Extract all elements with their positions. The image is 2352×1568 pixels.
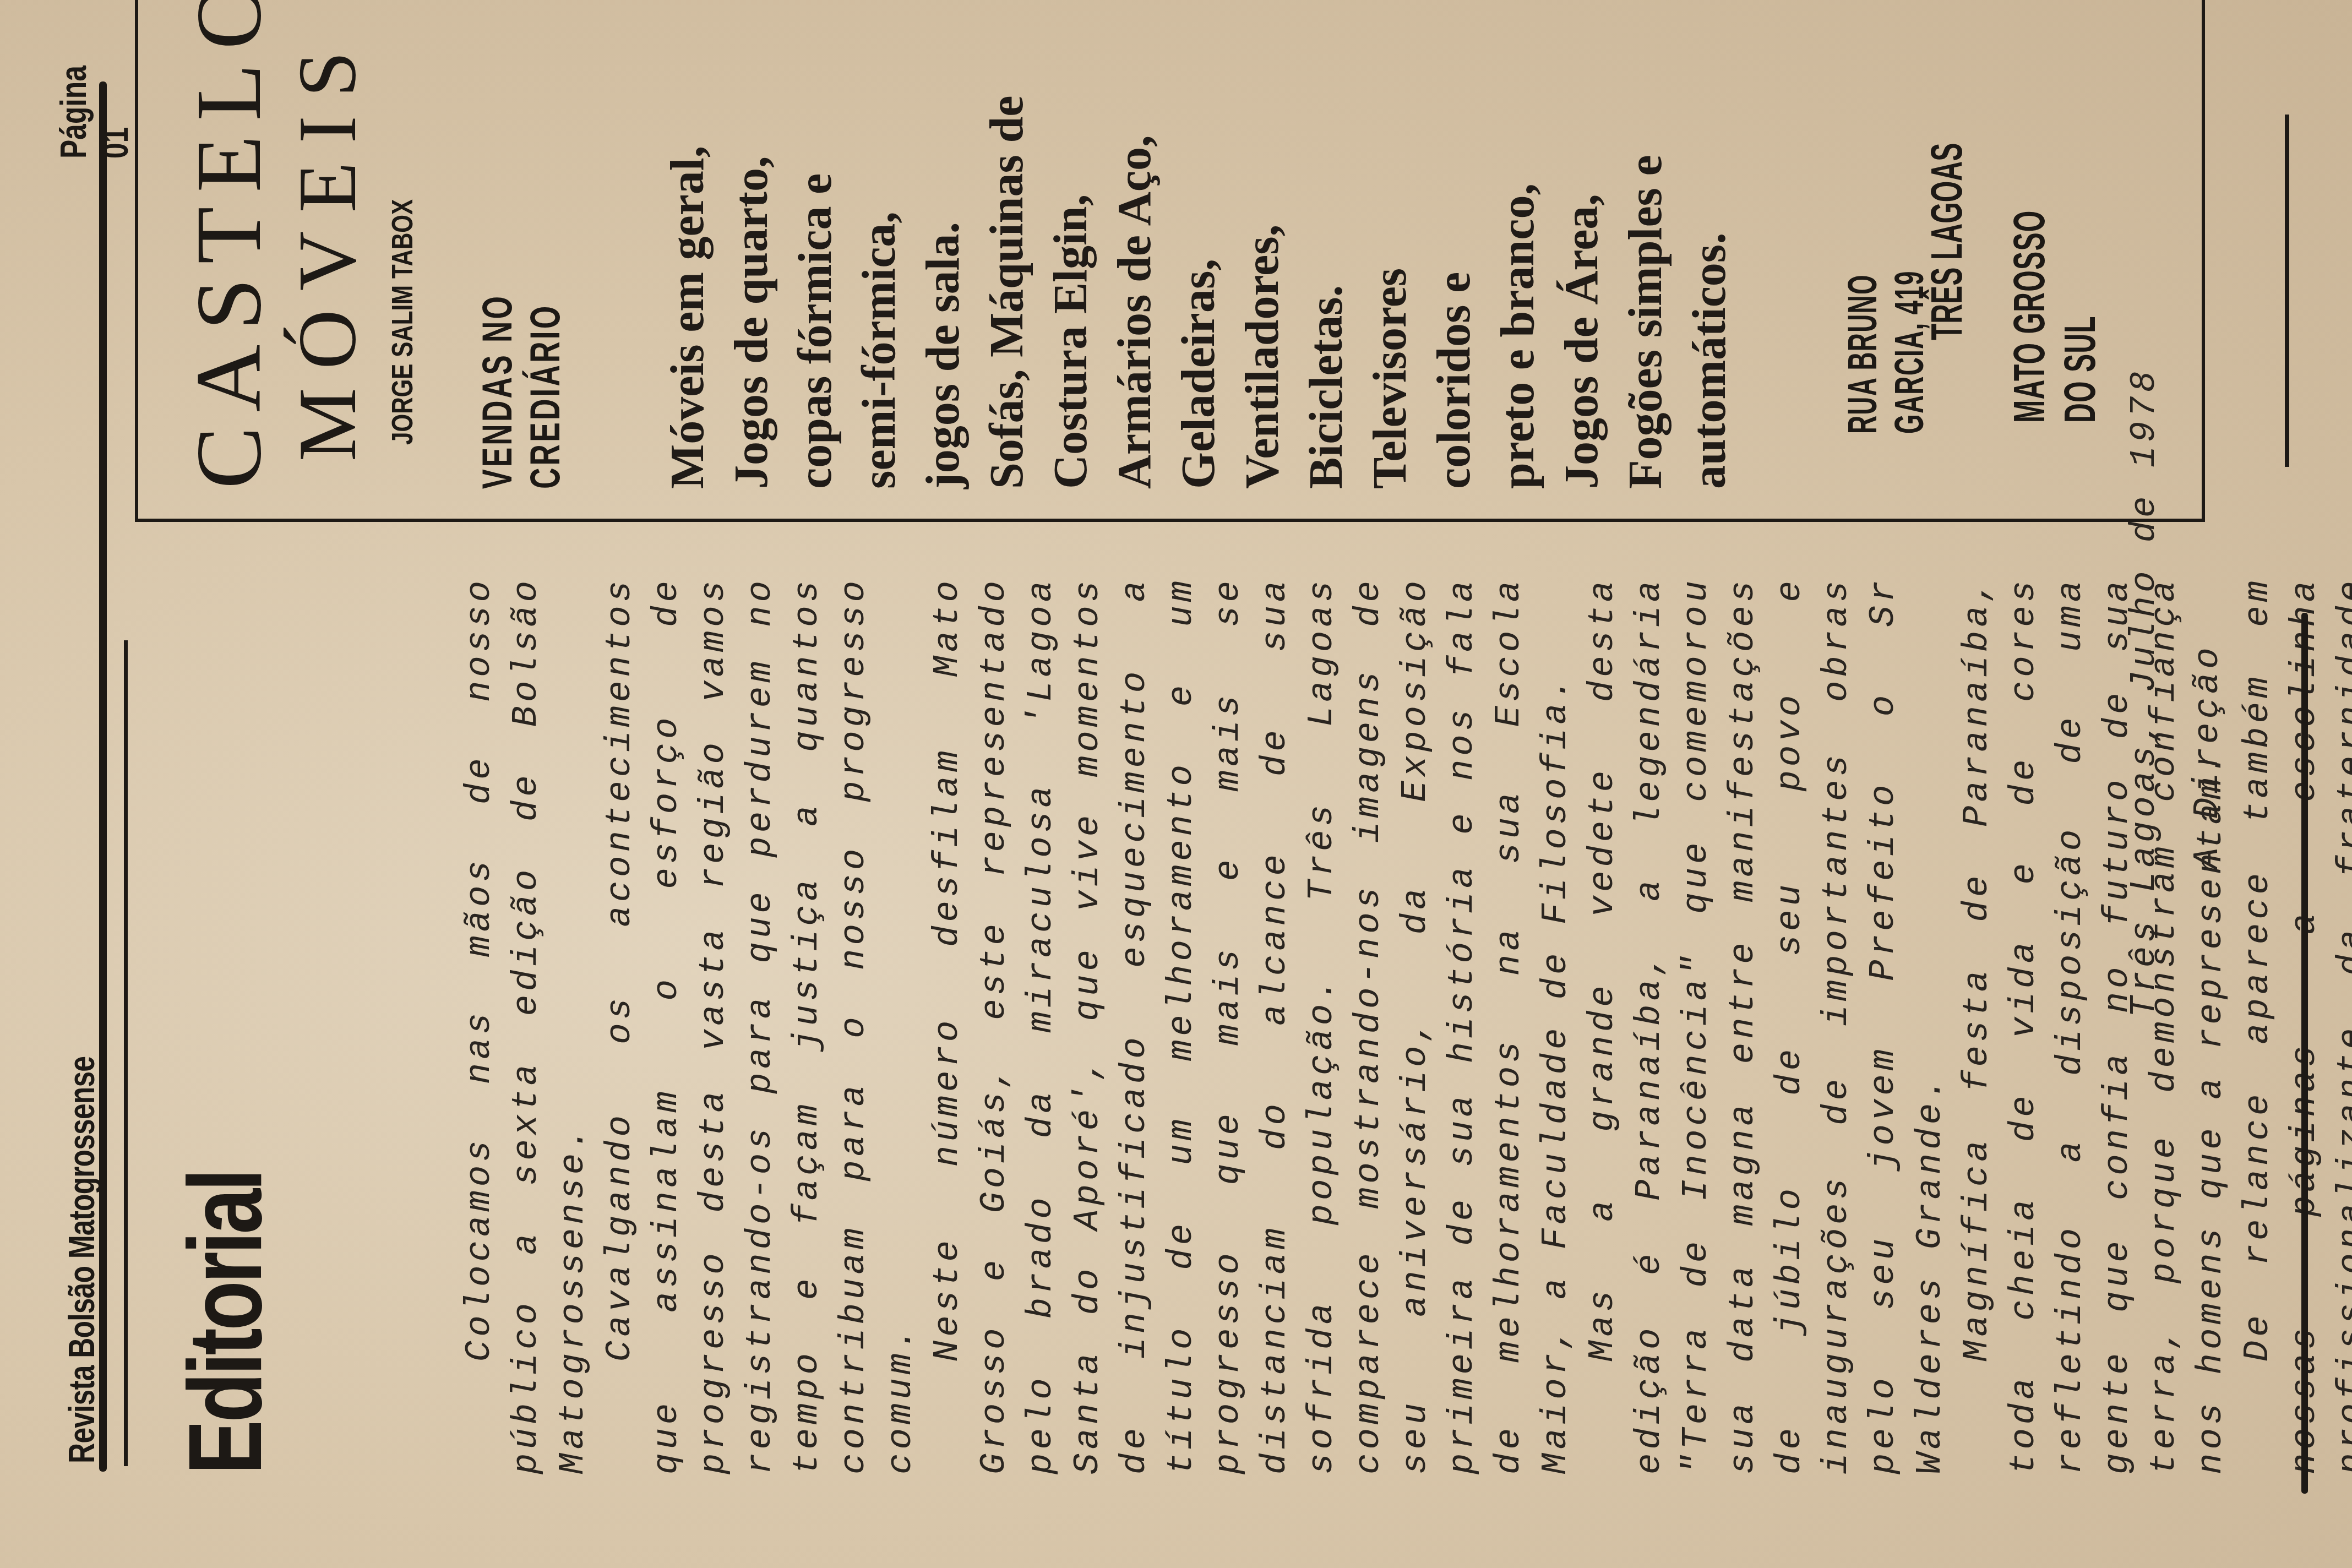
- editorial-paragraph: De relance aparece também em nossas pági…: [2235, 577, 2352, 1474]
- ad-product-item: coloridos e: [1422, 96, 1485, 489]
- magazine-page: Revista Bolsão Matogrossense Página 01 E…: [0, 0, 2352, 1568]
- ad-product-item: automáticos.: [1677, 96, 1741, 489]
- footer-rule: [2301, 613, 2308, 1494]
- ad-product-item: Sofás, Máquinas de: [974, 96, 1038, 489]
- ad-product-item: Televisores: [1358, 96, 1422, 489]
- editorial-paragraph: Mas a grande vedete desta edição é Paran…: [1580, 577, 1954, 1474]
- ad-product-item: Costura Elgin,: [1038, 96, 1102, 489]
- editorial-title: Editorial: [165, 1171, 285, 1474]
- ad-product-item: Armários de Aço,: [1102, 96, 1166, 489]
- ad-product-item: preto e branco,: [1485, 96, 1549, 489]
- ad-brand-line1: CASTELO: [182, 0, 275, 489]
- ad-product-item: Jogos de quarto,: [719, 96, 783, 489]
- editorial-rule: [124, 640, 128, 1466]
- ad-owner: JORGE SALIM TABOX: [385, 199, 420, 445]
- ad-city: TRÊS LAGOAS: [1921, 143, 1972, 340]
- right-rule: [2285, 115, 2289, 467]
- editorial-paragraph: Neste número desfilam Mato Grosso e Goiá…: [925, 577, 1580, 1474]
- ad-product-item: Jogos de Área,: [1549, 96, 1613, 489]
- publication-name: Revista Bolsão Matogrossense: [61, 1057, 102, 1463]
- signature: A Direção: [2188, 644, 2228, 869]
- editorial-paragraph: Cavalgando os acontecimentos que assinal…: [597, 577, 925, 1474]
- ad-product-list: Móveis em geral,Jogos de quarto,copas fó…: [655, 96, 1741, 489]
- ad-product-item: semi-fórmica,: [847, 96, 911, 489]
- ad-product-item: copas fórmica e: [783, 96, 847, 489]
- editorial-body: Colocamos nas mãos de nosso público a se…: [457, 577, 2352, 1474]
- header-rule: [99, 81, 107, 1472]
- ad-address: RUA BRUNO GARCIA, 419: [1839, 165, 1932, 434]
- page-number: Página 01: [52, 35, 136, 159]
- ad-product-item: Ventiladores,: [1230, 96, 1294, 489]
- ad-product-item: jogos de sala.: [911, 96, 974, 489]
- ad-product-item: Geladeiras,: [1166, 96, 1230, 489]
- editorial-paragraph: Colocamos nas mãos de nosso público a se…: [457, 577, 597, 1474]
- ad-tagline: VENDAS NO CREDIÁRIO: [473, 146, 569, 489]
- ad-state: MATO GROSSO DO SUL: [2004, 161, 2105, 423]
- ad-product-item: Bicicletas.: [1294, 96, 1358, 489]
- ad-product-item: Fogões simples e: [1613, 96, 1677, 489]
- ad-product-item: Móveis em geral,: [655, 96, 719, 489]
- ad-brand-line2: MÓVEIS: [286, 32, 369, 461]
